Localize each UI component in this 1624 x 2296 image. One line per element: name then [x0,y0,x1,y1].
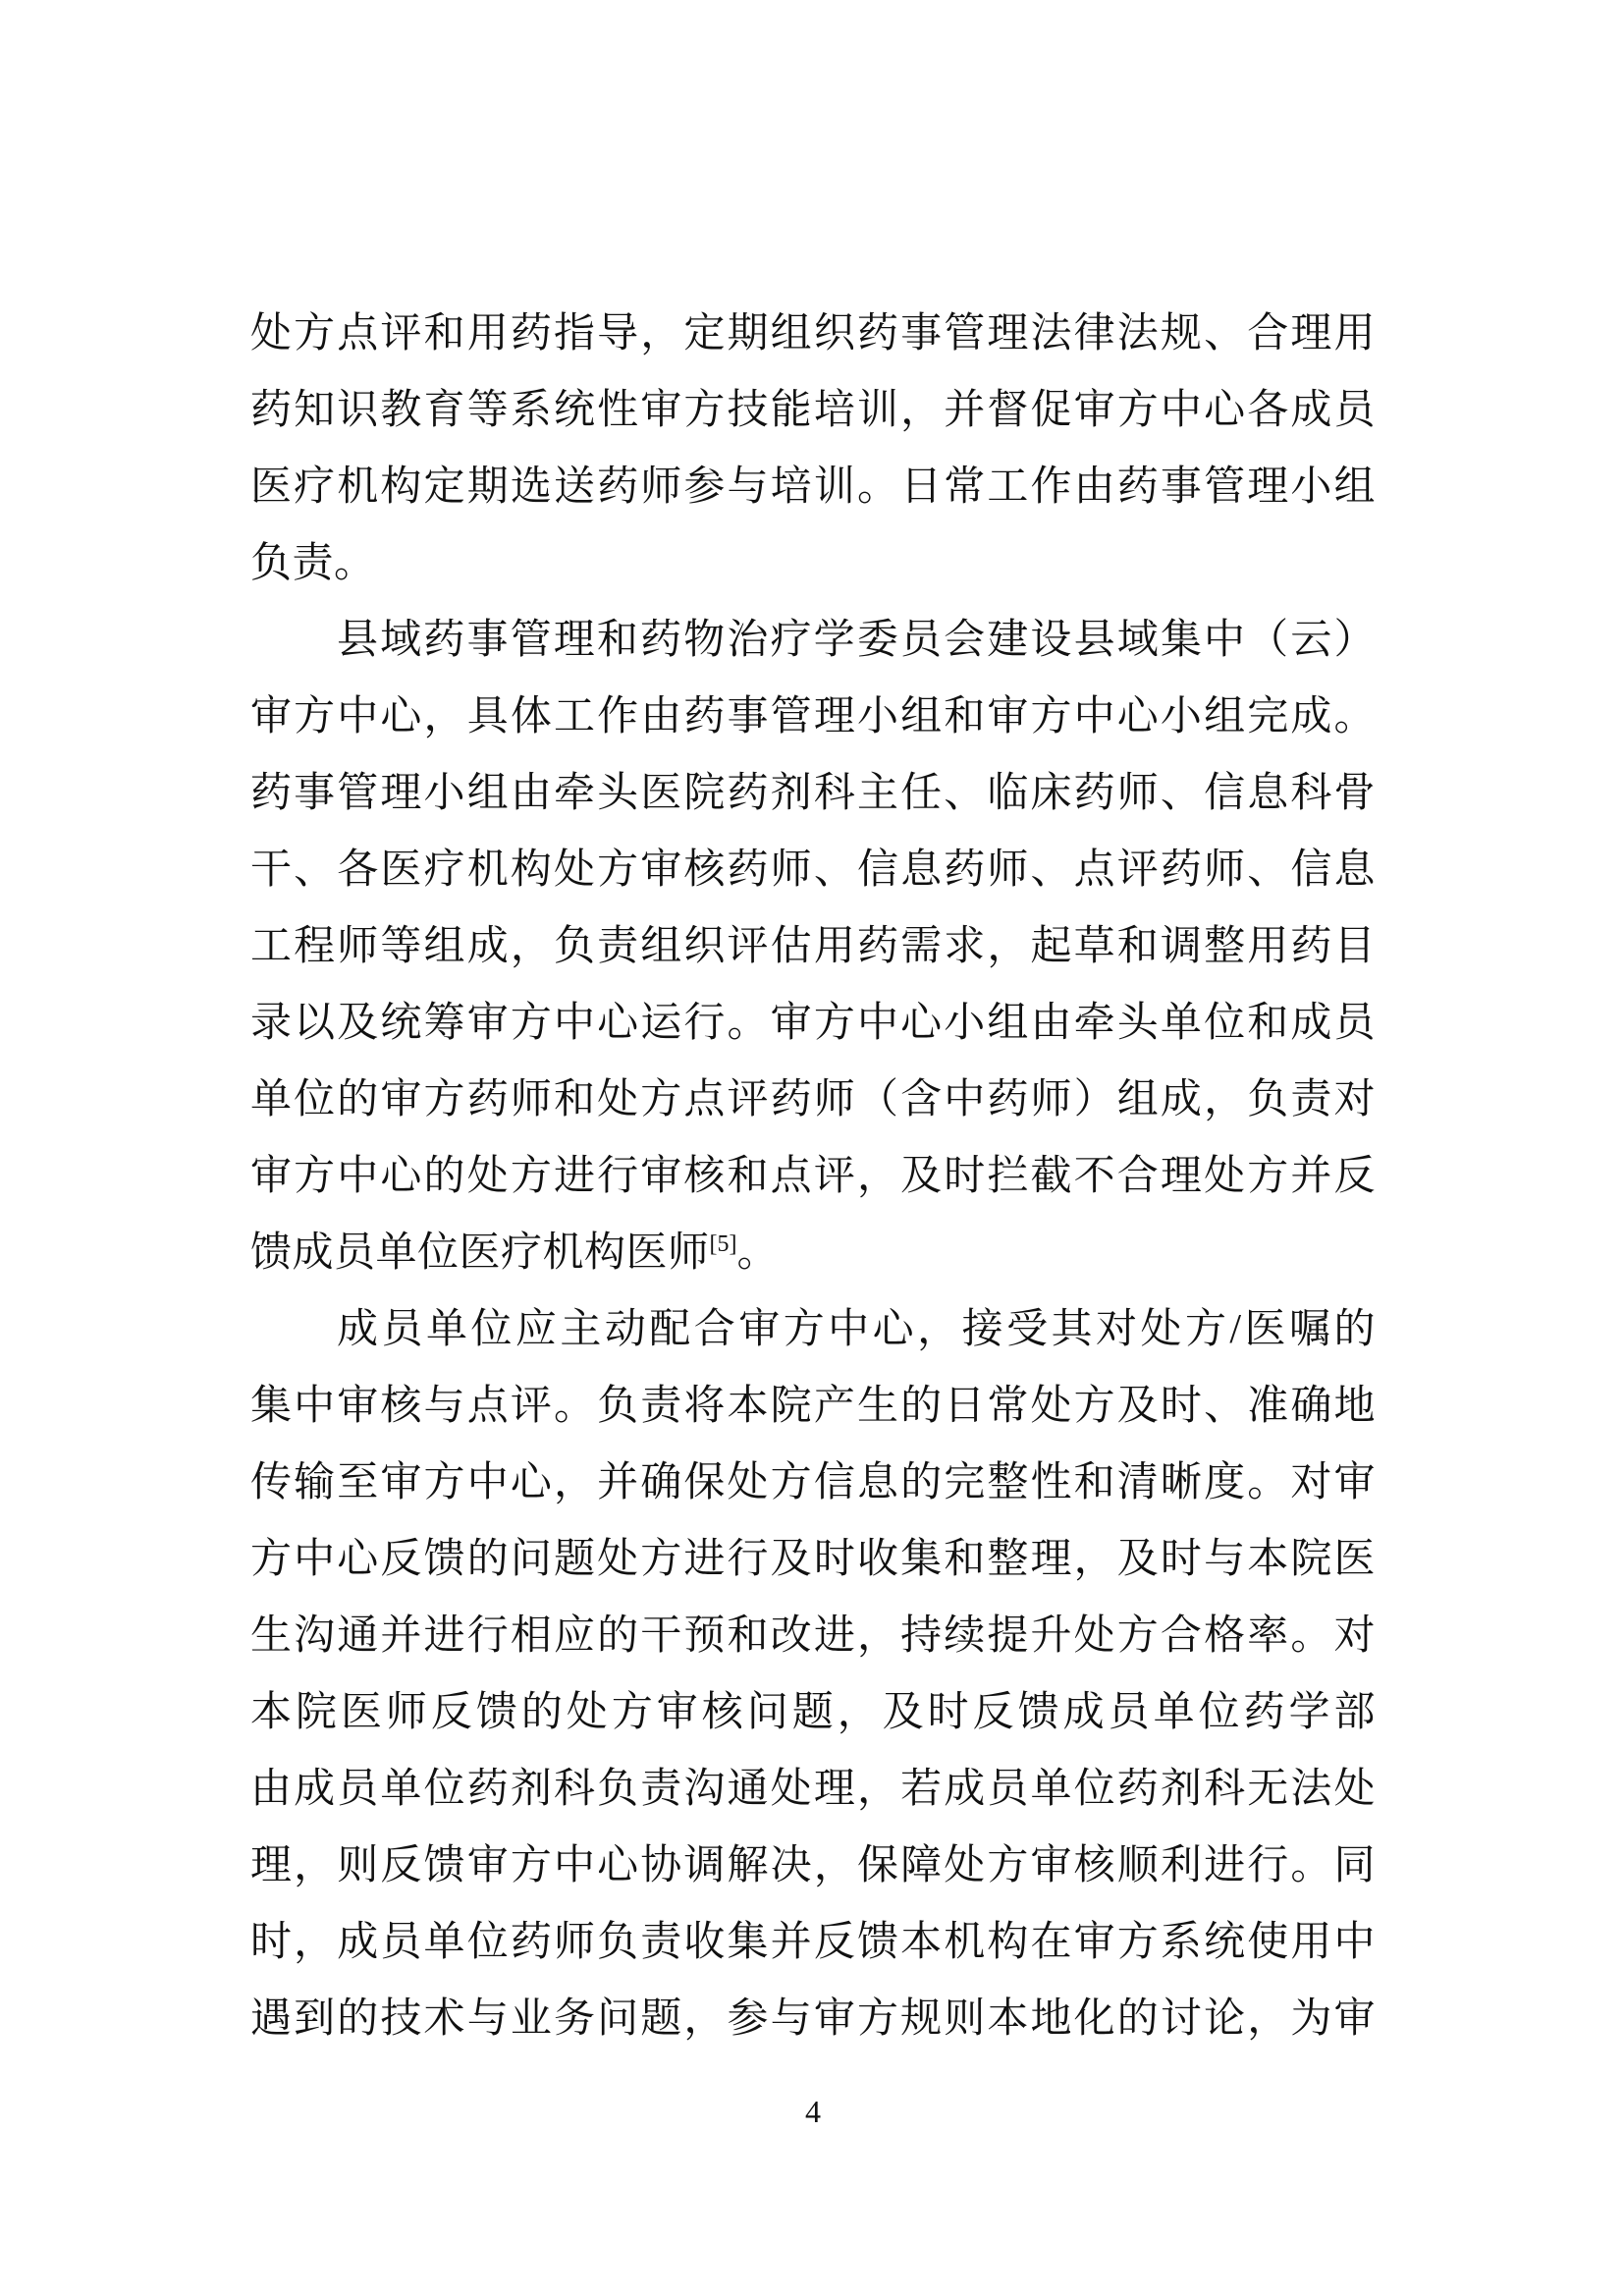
text-line: 遇到的技术与业务问题，参与审方规则本地化的讨论，为审 [250,1981,1376,2057]
text-line-content: 干、各医疗机构处方审核药师、信息药师、点评药师、信息 [250,847,1376,893]
text-line-content: 审方中心的处方进行审核和点评，及时拦截不合理处方并反 [250,1154,1376,1199]
text-line: 负责。 [250,525,1376,602]
text-line-content: 遇到的技术与业务问题，参与审方规则本地化的讨论，为审 [250,1996,1376,2042]
paragraph: 处方点评和用药指导，定期组织药事管理法律法规、合理用药知识教育等系统性审方技能培… [250,296,1376,602]
text-line: 生沟通并进行相应的干预和改进，持续提升处方合格率。对 [250,1598,1376,1674]
text-line-content: 负责。 [250,541,376,586]
text-line-content: 录以及统筹审方中心运行。审方中心小组由牵头单位和成员 [250,1001,1376,1046]
text-line: 时，成员单位药师负责收集并反馈本机构在审方系统使用中 [250,1904,1376,1981]
text-line: 本院医师反馈的处方审核问题，及时反馈成员单位药学部门， [250,1674,1376,1751]
text-line: 录以及统筹审方中心运行。审方中心小组由牵头单位和成员 [250,985,1376,1062]
text-line-content: 本院医师反馈的处方审核问题，及时反馈成员单位药学部门， [250,1690,1376,1751]
text-line-content: 县域药事管理和药物治疗学委员会建设县域集中（云） [337,618,1376,663]
page-number: 4 [805,2094,821,2129]
text-line: 理，则反馈审方中心协调解决，保障处方审核顺利进行。同 [250,1828,1376,1904]
text-line-content: 传输至审方中心，并确保处方信息的完整性和清晰度。对审 [250,1460,1376,1505]
text-line: 成员单位应主动配合审方中心，接受其对处方/医嘱的 [250,1291,1376,1368]
text-line: 馈成员单位医疗机构医师[5]。 [250,1215,1376,1291]
text-line: 干、各医疗机构处方审核药师、信息药师、点评药师、信息 [250,832,1376,908]
text-line: 由成员单位药剂科负责沟通处理，若成员单位药剂科无法处 [250,1751,1376,1828]
text-line: 处方点评和用药指导，定期组织药事管理法律法规、合理用 [250,296,1376,372]
text-line-content: 审方中心，具体工作由药事管理小组和审方中心小组完成。 [250,694,1376,739]
text-line: 传输至审方中心，并确保处方信息的完整性和清晰度。对审 [250,1445,1376,1521]
text-line: 单位的审方药师和处方点评药师（含中药师）组成，负责对 [250,1062,1376,1138]
text-line-content: 方中心反馈的问题处方进行及时收集和整理，及时与本院医 [250,1537,1376,1582]
text-line-tail: 。 [737,1230,780,1276]
text-line-content: 理，则反馈审方中心协调解决，保障处方审核顺利进行。同 [250,1843,1376,1888]
text-line-content: 药事管理小组由牵头医院药剂科主任、临床药师、信息科骨 [250,771,1376,816]
text-line: 医疗机构定期选送药师参与培训。日常工作由药事管理小组 [250,449,1376,525]
text-line-content: 医疗机构定期选送药师参与培训。日常工作由药事管理小组 [250,465,1376,510]
text-line: 集中审核与点评。负责将本院产生的日常处方及时、准确地 [250,1368,1376,1445]
text-line: 工程师等组成，负责组织评估用药需求，起草和调整用药目 [250,908,1376,985]
text-line: 审方中心，具体工作由药事管理小组和审方中心小组完成。 [250,679,1376,755]
text-line-content: 工程师等组成，负责组织评估用药需求，起草和调整用药目 [250,924,1376,969]
text-line-content: 集中审核与点评。负责将本院产生的日常处方及时、准确地 [250,1384,1376,1429]
text-line: 审方中心的处方进行审核和点评，及时拦截不合理处方并反 [250,1138,1376,1215]
text-line-content: 生沟通并进行相应的干预和改进，持续提升处方合格率。对 [250,1613,1376,1659]
paragraph: 成员单位应主动配合审方中心，接受其对处方/医嘱的集中审核与点评。负责将本院产生的… [250,1291,1376,2057]
text-line-content: 单位的审方药师和处方点评药师（含中药师）组成，负责对 [250,1077,1376,1122]
text-line-content: 时，成员单位药师负责收集并反馈本机构在审方系统使用中 [250,1920,1376,1965]
page-footer: 4 [250,2090,1376,2133]
footnote-ref: [5] [710,1231,737,1257]
text-line: 药事管理小组由牵头医院药剂科主任、临床药师、信息科骨 [250,755,1376,832]
text-line-content: 药知识教育等系统性审方技能培训，并督促审方中心各成员 [250,388,1376,433]
text-line-content: 馈成员单位医疗机构医师 [250,1230,710,1276]
text-line-content: 成员单位应主动配合审方中心，接受其对处方/医嘱的 [337,1307,1376,1352]
text-line: 药知识教育等系统性审方技能培训，并督促审方中心各成员 [250,372,1376,449]
text-line-content: 由成员单位药剂科负责沟通处理，若成员单位药剂科无法处 [250,1767,1376,1812]
document-page: 处方点评和用药指导，定期组织药事管理法律法规、合理用药知识教育等系统性审方技能培… [0,0,1624,2296]
paragraph: 县域药事管理和药物治疗学委员会建设县域集中（云）审方中心，具体工作由药事管理小组… [250,602,1376,1291]
text-line-content: 处方点评和用药指导，定期组织药事管理法律法规、合理用 [250,311,1376,356]
document-body: 处方点评和用药指导，定期组织药事管理法律法规、合理用药知识教育等系统性审方技能培… [250,296,1376,2057]
text-line: 县域药事管理和药物治疗学委员会建设县域集中（云） [250,602,1376,679]
text-line: 方中心反馈的问题处方进行及时收集和整理，及时与本院医 [250,1521,1376,1598]
